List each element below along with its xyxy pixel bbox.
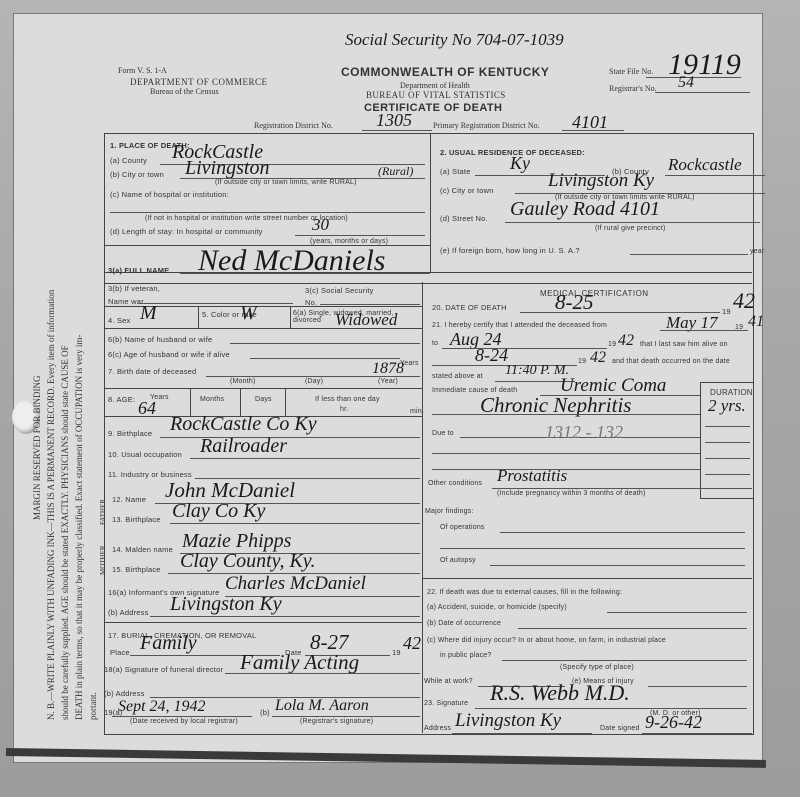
registrar-signature-line — [272, 716, 420, 717]
accident-label: (a) Accident, suicide, or homicide (spec… — [427, 604, 567, 611]
father-name-label: 12. Name — [112, 495, 146, 504]
date-of-death-year-prefix: 19 — [722, 307, 731, 316]
instruction-line-1: N. B.—WRITE PLAINLY WITH UNFADING INK—TH… — [46, 290, 56, 720]
due-to-line-2 — [432, 453, 700, 454]
spouse-age-line — [250, 358, 400, 359]
foreign-born-line — [630, 254, 748, 255]
full-name-line — [180, 273, 430, 274]
external-title: 22. If death was due to external causes,… — [427, 589, 622, 596]
burial-year-value: 42 — [403, 633, 421, 654]
state-file-label: State File No. — [609, 67, 653, 76]
divider-medical — [104, 283, 752, 284]
age-label: 8. AGE: — [108, 395, 135, 404]
bureau-vital-statistics: BUREAU OF VITAL STATISTICS — [366, 90, 506, 100]
divider-external — [422, 578, 752, 579]
physician-address-value: Livingston Ky — [455, 710, 561, 732]
informant-address-value: Livingston Ky — [170, 593, 282, 616]
physician-address-line — [452, 733, 592, 734]
primary-district-label: Primary Registration District No. — [433, 121, 540, 130]
informant-address-line — [150, 616, 420, 617]
means-of-injury-line — [648, 686, 747, 687]
stay-line — [295, 235, 425, 236]
received-date-line — [112, 716, 252, 717]
color-value: W — [240, 302, 257, 325]
registration-district-value: 1305 — [376, 110, 412, 131]
age-less-label: If less than one day — [315, 396, 380, 403]
res-city-label: (c) City or town — [440, 186, 494, 195]
occurrence-label: (b) Date of occurrence — [427, 620, 501, 627]
last-saw-label: that I last saw him alive on — [640, 341, 728, 348]
public-place-line — [502, 660, 747, 661]
spouse-name-line — [230, 343, 420, 344]
other-conditions-value: Prostatitis — [497, 466, 567, 486]
sex-value: M — [140, 302, 157, 325]
attended-to-year: 42 — [618, 332, 634, 350]
death-city-hint: (If outside city or town limits, write R… — [215, 179, 357, 186]
received-date-value: Sept 24, 1942 — [118, 698, 206, 716]
last-saw-value: 8-24 — [475, 345, 508, 366]
death-city-note: (Rural) — [378, 164, 413, 179]
res-state-label: (a) State — [440, 167, 471, 176]
war-line — [138, 303, 293, 304]
instruction-line-4: portant. — [88, 692, 98, 720]
hospital-label: (c) Name of hospital or institution: — [110, 190, 229, 199]
birth-day-hint: (Day) — [305, 378, 323, 385]
burial-year-prefix: 19 — [392, 648, 401, 657]
full-name-label: 3(a) FULL NAME — [108, 266, 169, 275]
binding-margin-label: MARGIN RESERVED FOR BINDING — [32, 375, 42, 520]
bureau-census: Bureau of the Census — [150, 87, 219, 96]
date-signed-line — [642, 733, 752, 734]
res-street-hint: (If rural give precinct) — [595, 225, 666, 232]
attended-from-year-prefix: 19 — [735, 324, 743, 331]
physician-signature-line — [475, 708, 747, 709]
major-findings-label: Major findings: — [425, 508, 474, 515]
occupation-line — [190, 458, 420, 459]
birth-month-hint: (Month) — [230, 378, 256, 385]
occupation-label: 10. Usual occupation — [108, 450, 182, 459]
physician-signature-value: R.S. Webb M.D. — [490, 680, 630, 706]
duration-value: 2 yrs. — [708, 396, 746, 416]
divider-age-less — [285, 388, 286, 416]
mother-birthplace-label: 15. Birthplace — [112, 565, 161, 574]
other-conditions-hint: (Include pregnancy within 3 months of de… — [497, 490, 646, 497]
while-at-work-label: While at work? — [424, 678, 473, 685]
last-saw-year: 42 — [590, 349, 606, 367]
attended-to-year-prefix: 19 — [608, 341, 616, 348]
attended-to-line — [442, 348, 607, 349]
hospital-line — [110, 212, 425, 213]
res-state-value: Ky — [510, 153, 530, 174]
marital-value: Widowed — [335, 310, 397, 330]
registrar-no-value: 54 — [678, 74, 694, 92]
sex-label: 4. Sex — [108, 316, 130, 325]
physician-signature-label: 23. Signature — [424, 700, 468, 707]
spouse-age-label: 6(c) Age of husband or wife if alive — [108, 350, 230, 359]
to-label: to — [432, 340, 438, 347]
mother-tag: MOTHER — [99, 545, 107, 575]
birthplace-label: 9. Birthplace — [108, 429, 152, 438]
commonwealth-title: COMMONWEALTH OF KENTUCKY — [341, 65, 549, 79]
ss-no-line — [320, 304, 420, 305]
physician-address-label: Address — [424, 725, 451, 732]
funeral-director-line — [225, 673, 420, 674]
birthplace-value: RockCastle Co Ky — [170, 413, 317, 436]
social-security-annotation: Social Security No 704-07-1039 — [345, 30, 564, 50]
mother-birthplace-value: Clay County, Ky. — [180, 550, 316, 573]
duration-line-4 — [705, 474, 750, 475]
res-street-line — [505, 222, 760, 223]
age-hr-label: hr. — [340, 406, 348, 413]
mother-maiden-label: 14. Malden name — [112, 545, 173, 554]
father-tag: FATHER — [99, 499, 107, 525]
age-min-label: min. — [410, 408, 424, 415]
chronic-cause-line — [432, 414, 700, 415]
registrar-no-line — [655, 92, 750, 93]
operations-label: Of operations — [440, 524, 485, 531]
res-county-value: Rockcastle — [668, 155, 742, 175]
autopsy-line — [490, 565, 745, 566]
divider-age — [104, 388, 422, 389]
death-occurred-label: and that death occurred on the date — [612, 358, 730, 365]
death-county-label: (a) County — [110, 156, 147, 165]
spouse-name-label: 6(b) Name of husband or wife — [108, 335, 212, 344]
duration-line-3 — [705, 458, 750, 459]
birth-date-line — [206, 376, 420, 377]
father-birthplace-label: 13. Birthplace — [112, 515, 161, 524]
form-id: Form V. S. 1-A — [118, 66, 167, 75]
birth-year-hint: (Year) — [378, 378, 398, 385]
stay-label: (d) Length of stay: In hospital or commu… — [110, 227, 263, 236]
birth-date-label: 7. Birth date of deceased — [108, 367, 196, 376]
death-city-label: (b) City or town — [110, 170, 164, 179]
registration-district-label: Registration District No. — [254, 121, 333, 130]
death-city-value: Livingston — [185, 157, 269, 180]
department-health: Department of Health — [400, 81, 470, 90]
attended-label: 21. I hereby certify that I attended the… — [432, 322, 607, 329]
war-label: Name war — [108, 297, 144, 306]
res-street-value: Gauley Road 4101 — [510, 198, 660, 221]
autopsy-label: Of autopsy — [440, 557, 476, 564]
primary-district-line — [562, 130, 624, 131]
occupation-value: Railroader — [200, 435, 287, 458]
attended-from-year: 41 — [748, 313, 764, 331]
divider-age-days — [240, 388, 241, 416]
instruction-line-3: DEATH in plain terms, so that it may be … — [74, 335, 84, 720]
father-birthplace-line — [170, 523, 420, 524]
funeral-address-label: (b) Address — [104, 689, 145, 698]
registration-district-line — [362, 130, 432, 131]
divider-color-marital — [290, 306, 291, 328]
due-to-mark: 1312 - 132 — [545, 422, 623, 443]
divider-age-months — [190, 388, 191, 416]
other-conditions-line — [492, 488, 752, 489]
duration-line-1 — [705, 426, 750, 427]
social-security-label: 3(c) Social Security — [305, 286, 374, 295]
date-signed-label: Date signed — [600, 725, 640, 732]
informant-value: Charles McDaniel — [225, 573, 366, 595]
registrar-signature-value: Lola M. Aaron — [275, 697, 369, 715]
date-of-death-year: 42 — [733, 288, 755, 314]
received-date-hint: (Date received by local registrar) — [130, 718, 238, 725]
informant-address-label: (b) Address — [108, 608, 149, 617]
top-column-divider — [430, 133, 431, 273]
accident-line — [607, 612, 747, 613]
foreign-born-label: (e) If foreign born, how long in U. S. A… — [440, 246, 580, 255]
other-conditions-label: Other conditions — [428, 480, 482, 487]
res-street-label: (d) Street No. — [440, 214, 488, 223]
public-place-label: in public place? — [440, 652, 491, 659]
place-type-hint: (Specify type of place) — [560, 664, 634, 671]
divider-spouse — [104, 328, 422, 329]
instruction-line-2: should be carefully supplied. AGE should… — [60, 345, 70, 720]
res-city-value: Livingston Ky — [548, 170, 654, 192]
where-label: (c) Where did injury occur? In or about … — [427, 637, 666, 644]
burial-place-label: Place — [110, 648, 130, 657]
foreign-born-suffix: year — [750, 248, 764, 255]
operations-line-2 — [440, 548, 745, 549]
registrar-no-label: Registrar's No. — [609, 84, 657, 93]
divider-burial — [104, 622, 422, 623]
veteran-label: 3(b) If veteran, — [108, 284, 160, 293]
funeral-director-value: Family Acting — [240, 650, 359, 675]
operations-line-1 — [500, 532, 745, 533]
stay-value: 30 — [312, 215, 329, 235]
father-birthplace-value: Clay Co Ky — [172, 500, 265, 523]
occurrence-line — [518, 628, 747, 629]
registrar-sig-prefix: (b) — [260, 708, 270, 717]
age-months-label: Months — [200, 396, 224, 403]
registrar-signature-hint: (Registrar's signature) — [300, 718, 373, 725]
date-signed-value: 9-26-42 — [645, 712, 702, 733]
burial-place-value: Family — [140, 632, 197, 655]
main-column-divider — [422, 282, 423, 733]
department-title: DEPARTMENT OF COMMERCE — [130, 77, 267, 87]
stated-label: stated above at — [432, 373, 483, 380]
funeral-director-label: 18(a) Signature of funeral director — [104, 665, 223, 674]
age-days-label: Days — [255, 396, 272, 403]
divider-sex-color — [198, 306, 199, 328]
date-of-death-label: 20. DATE OF DEATH — [432, 303, 507, 312]
due-to-label: Due to — [432, 430, 454, 437]
birthplace-line — [160, 437, 420, 438]
last-saw-year-prefix: 19 — [578, 358, 586, 365]
res-county-line — [665, 175, 765, 176]
duration-line-2 — [705, 442, 750, 443]
